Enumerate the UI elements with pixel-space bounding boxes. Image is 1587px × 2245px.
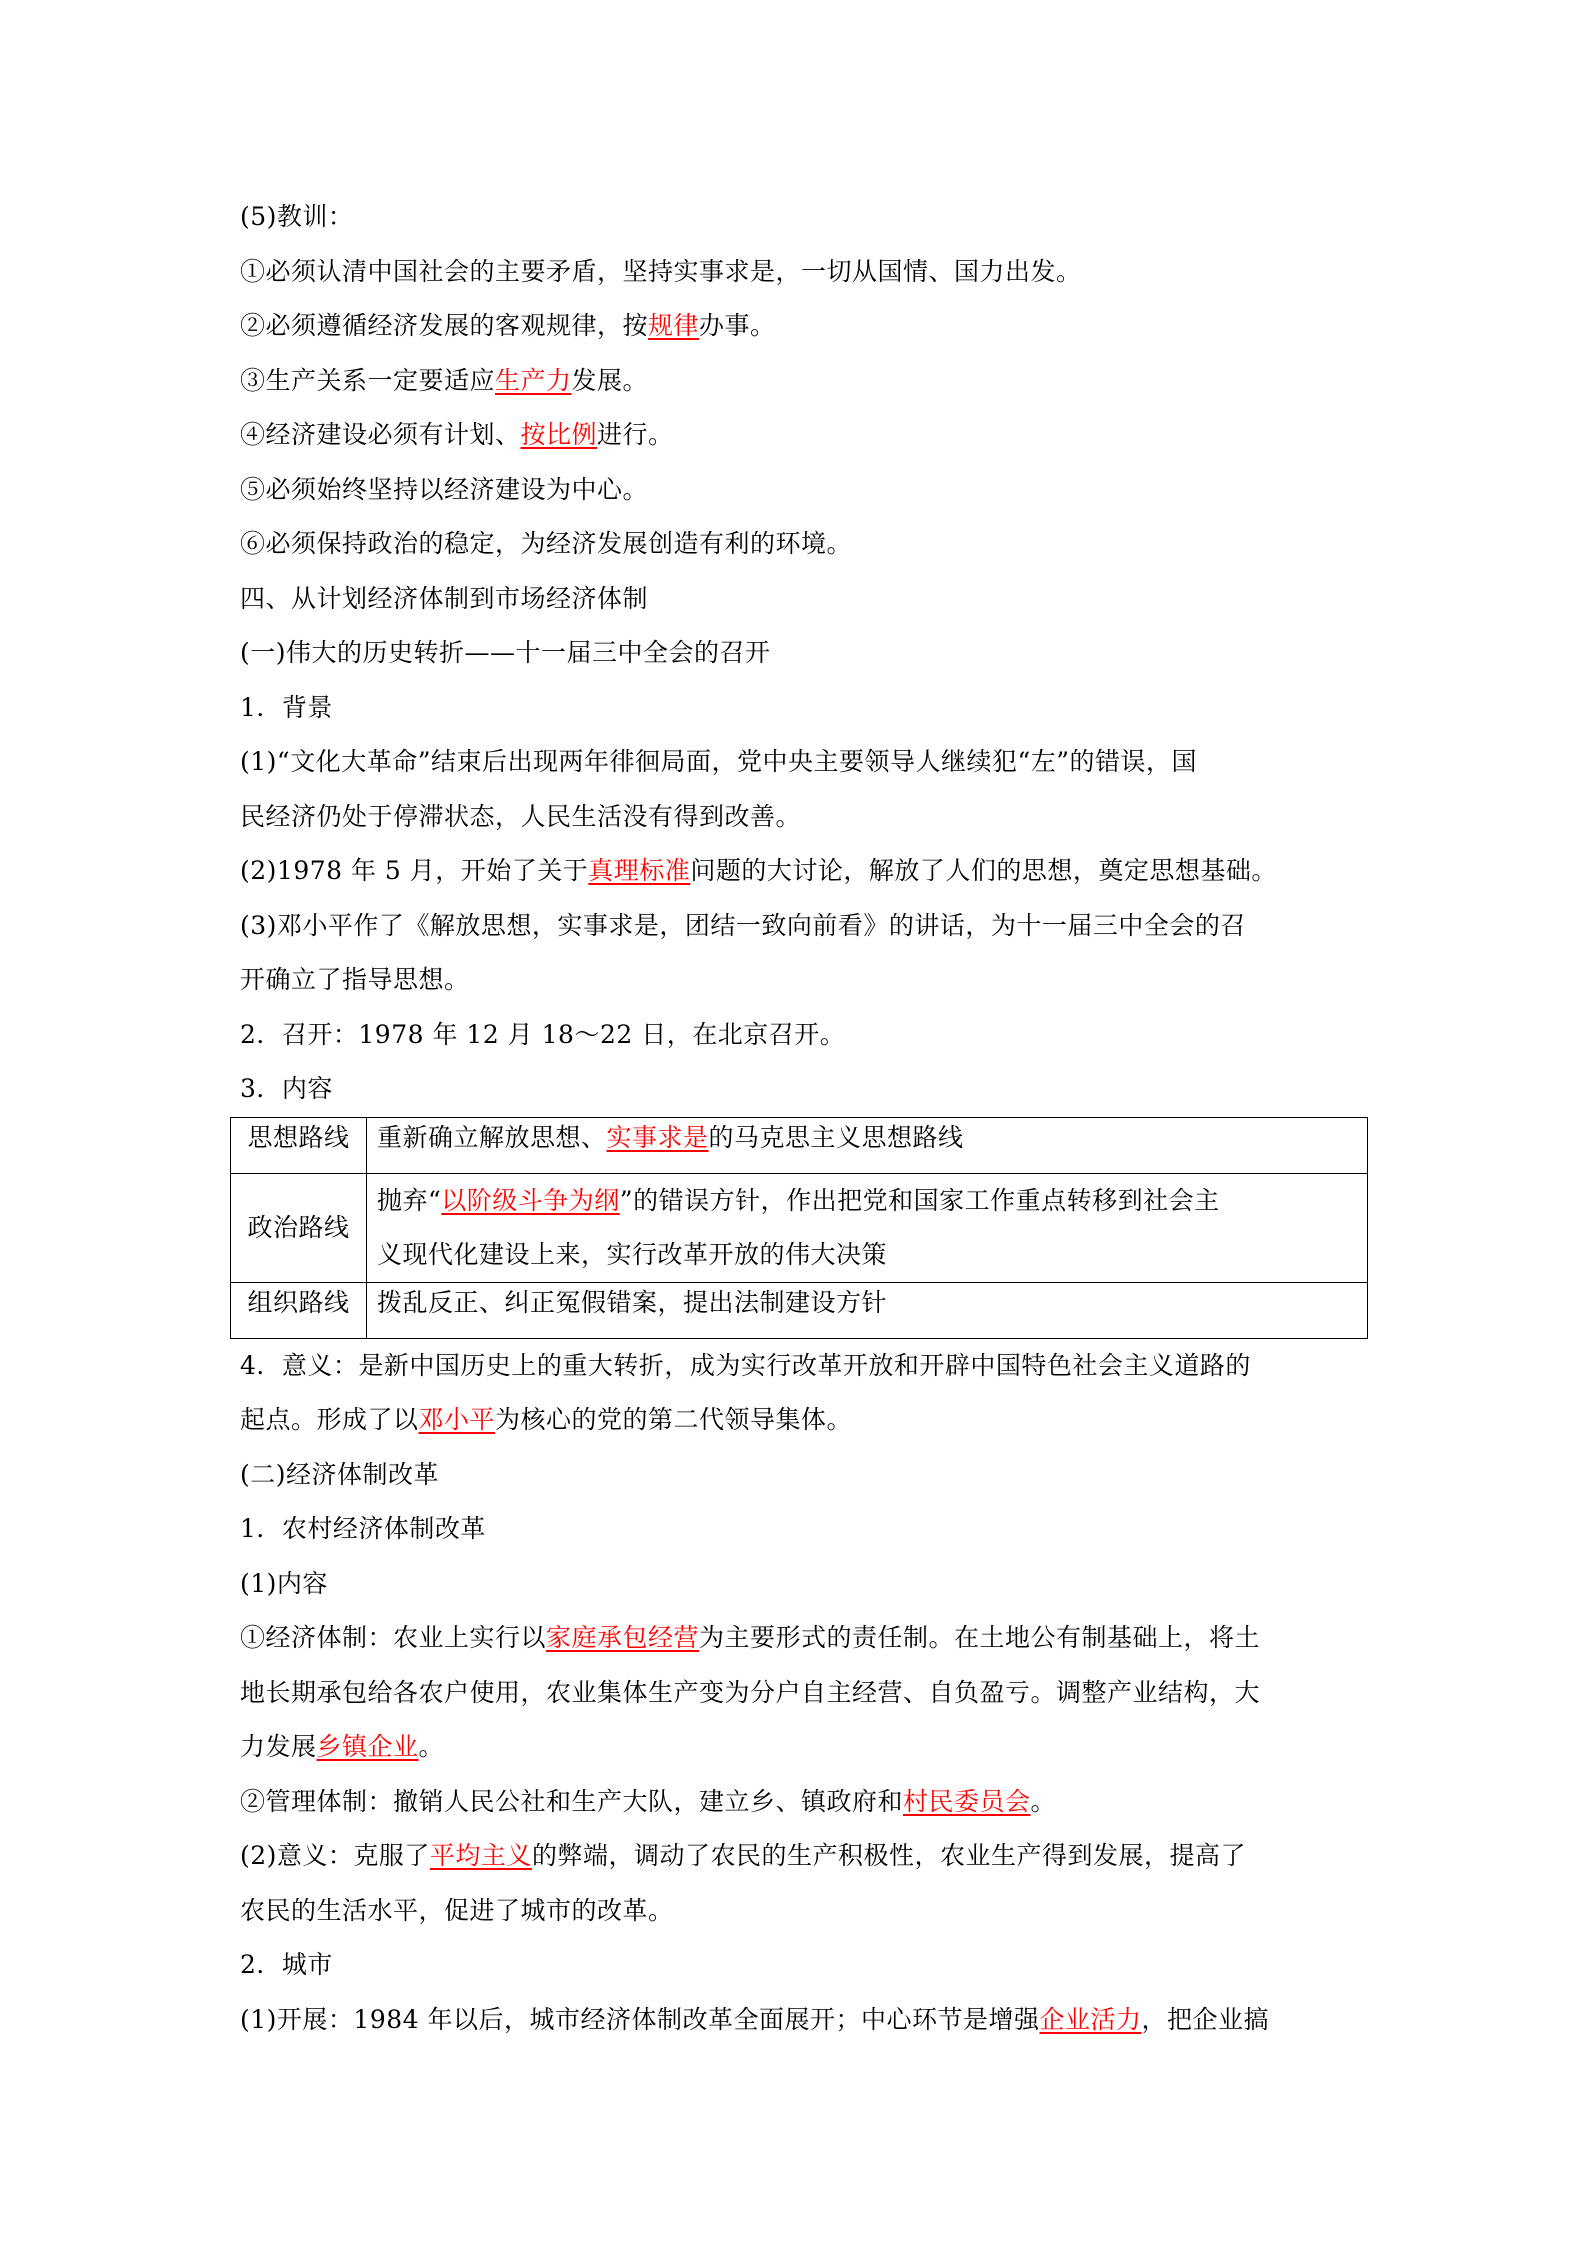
background-p1-line1: (1)“文化大革命”结束后出现两年徘徊局面，党中央主要领导人继续犯“左”的错误，… [240,735,1360,790]
row-label: 组织路线 [231,1282,367,1338]
lessons-heading: (5)教训： [240,190,1360,245]
subsection-title: (一)伟大的历史转折——十一届三中全会的召开 [240,626,1360,681]
row-content: 拨乱反正、纠正冤假错案，提出法制建设方针 [367,1282,1368,1338]
highlight-keyword: 邓小平 [419,1405,496,1434]
rural-content-title: (1)内容 [240,1557,1360,1612]
highlight-keyword: 村民委员会 [903,1787,1031,1816]
document-page: (5)教训： ①必须认清中国社会的主要矛盾，坚持实事求是，一切从国情、国力出发。… [240,190,1360,2047]
rural-significance-line1: (2)意义：克服了平均主义的弊端，调动了农民的生产积极性，农业生产得到发展，提高… [240,1829,1360,1884]
rural-c1-line1: ①经济体制：农业上实行以家庭承包经营为主要形式的责任制。在土地公有制基础上，将土 [240,1611,1360,1666]
table-row: 政治路线 抛弃“以阶级斗争为纲”的错误方针，作出把党和国家工作重点转移到社会主义… [231,1173,1368,1282]
row-content: 抛弃“以阶级斗争为纲”的错误方针，作出把党和国家工作重点转移到社会主义现代化建设… [367,1173,1368,1282]
highlight-keyword: 规律 [648,311,699,340]
significance-line2: 起点。形成了以邓小平为核心的党的第二代领导集体。 [240,1393,1360,1448]
rural-c1-line3: 力发展乡镇企业。 [240,1720,1360,1775]
row-label: 政治路线 [231,1173,367,1282]
background-p3-line1: (3)邓小平作了《解放思想，实事求是，团结一致向前看》的讲话，为十一届三中全会的… [240,899,1360,954]
subsection-title-2: (二)经济体制改革 [240,1448,1360,1503]
lesson-item-1: ①必须认清中国社会的主要矛盾，坚持实事求是，一切从国情、国力出发。 [240,245,1360,300]
plenum-content-table: 思想路线 重新确立解放思想、实事求是的马克思主义思想路线 政治路线 抛弃“以阶级… [230,1117,1368,1339]
highlight-keyword: 家庭承包经营 [546,1623,699,1652]
section-title: 四、从计划经济体制到市场经济体制 [240,572,1360,627]
highlight-keyword: 真理标准 [588,856,690,885]
urban-p1: (1)开展：1984 年以后，城市经济体制改革全面展开；中心环节是增强企业活力，… [240,1993,1360,2048]
lesson-item-4: ④经济建设必须有计划、按比例进行。 [240,408,1360,463]
background-p2: (2)1978 年 5 月，开始了关于真理标准问题的大讨论，解放了人们的思想，奠… [240,844,1360,899]
highlight-keyword: 实事求是 [607,1123,709,1152]
rural-significance-line2: 农民的生活水平，促进了城市的改革。 [240,1884,1360,1939]
lesson-item-2: ②必须遵循经济发展的客观规律，按规律办事。 [240,299,1360,354]
background-p1-line2: 民经济仍处于停滞状态，人民生活没有得到改善。 [240,790,1360,845]
significance-line1: 4．意义：是新中国历史上的重大转折，成为实行改革开放和开辟中国特色社会主义道路的 [240,1339,1360,1394]
highlight-keyword: 按比例 [521,420,598,449]
highlight-keyword: 平均主义 [430,1841,532,1870]
highlight-keyword: 乡镇企业 [317,1732,419,1761]
row-content: 重新确立解放思想、实事求是的马克思主义思想路线 [367,1117,1368,1173]
content-title: 3．内容 [240,1062,1360,1117]
table-row: 思想路线 重新确立解放思想、实事求是的马克思主义思想路线 [231,1117,1368,1173]
highlight-keyword: 以阶级斗争为纲 [441,1186,620,1215]
lesson-item-3: ③生产关系一定要适应生产力发展。 [240,354,1360,409]
convening-text: 2．召开：1978 年 12 月 18～22 日，在北京召开。 [240,1008,1360,1063]
background-p3-line2: 开确立了指导思想。 [240,953,1360,1008]
urban-title: 2．城市 [240,1938,1360,1993]
highlight-keyword: 企业活力 [1040,2005,1142,2034]
rural-c2: ②管理体制：撤销人民公社和生产大队，建立乡、镇政府和村民委员会。 [240,1775,1360,1830]
rural-title: 1．农村经济体制改革 [240,1502,1360,1557]
rural-c1-line2: 地长期承包给各农户使用，农业集体生产变为分户自主经营、自负盈亏。调整产业结构，大 [240,1666,1360,1721]
lesson-item-6: ⑥必须保持政治的稳定，为经济发展创造有利的环境。 [240,517,1360,572]
highlight-keyword: 生产力 [495,366,572,395]
row-label: 思想路线 [231,1117,367,1173]
lesson-item-5: ⑤必须始终坚持以经济建设为中心。 [240,463,1360,518]
table-row: 组织路线 拨乱反正、纠正冤假错案，提出法制建设方针 [231,1282,1368,1338]
background-title: 1．背景 [240,681,1360,736]
